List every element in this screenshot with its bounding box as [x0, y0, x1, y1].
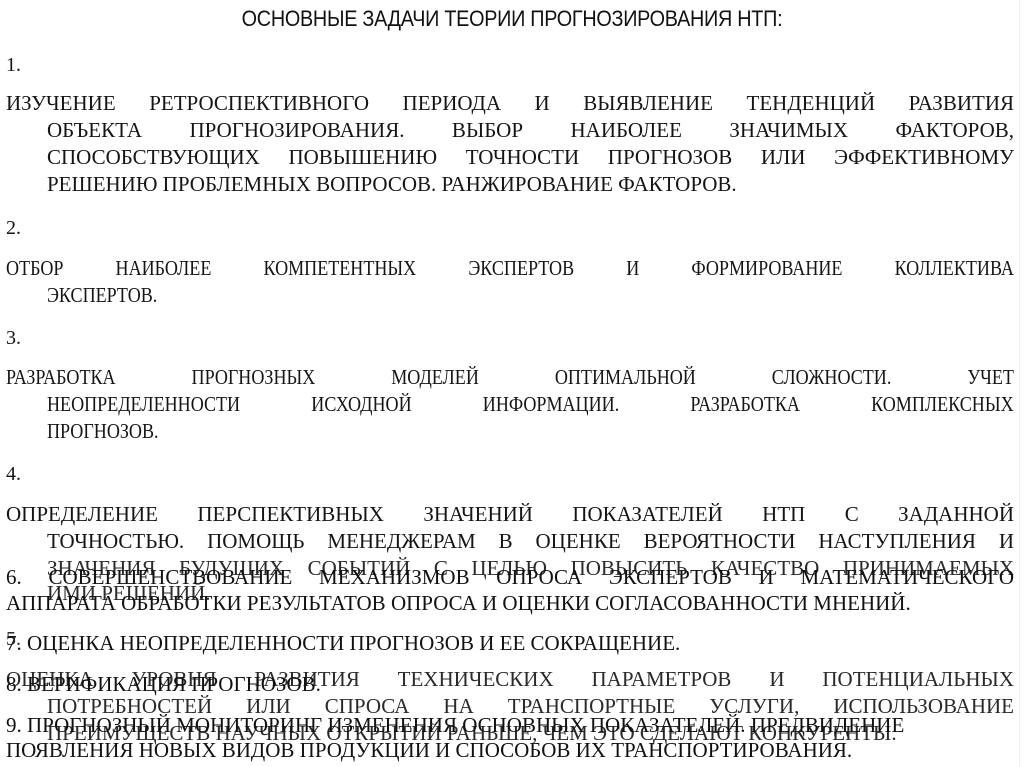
item-3-line-3: ПРОГНОЗОВ. [47, 419, 1014, 443]
item-6-line-2: АППАРАТА ОБРАБОТКИ РЕЗУЛЬТАТОВ ОПРОСА И … [6, 591, 1014, 615]
item-1-line-1: ИЗУЧЕНИЕ РЕТРОСПЕКТИВНОГО ПЕРИОДА И ВЫЯВ… [6, 91, 1014, 115]
item-1-line-3: СПОСОБСТВУЮЩИХ ПОВЫШЕНИЮ ТОЧНОСТИ ПРОГНО… [47, 145, 1014, 169]
item-3-line-1: РАЗРАБОТКА ПРОГНОЗНЫХ МОДЕЛЕЙ ОПТИМАЛЬНО… [6, 365, 1014, 389]
item-4-number: 4. [6, 462, 1014, 486]
item-1-line-2: ОБЪЕКТА ПРОГНОЗИРОВАНИЯ. ВЫБОР НАИБОЛЕЕ … [47, 118, 1014, 142]
item-1-number: 1. [6, 53, 1014, 77]
item-2-number: 2. [6, 216, 1014, 240]
item-8: 8. ВЕРИФИКАЦИЯ ПРОГНОЗОВ. [6, 672, 1014, 696]
item-1-line-4: РЕШЕНИЮ ПРОБЛЕМНЫХ ВОПРОСОВ. РАНЖИРОВАНИ… [47, 172, 1014, 196]
item-3-number: 3. [6, 326, 1014, 350]
item-9-line-2: ПОЯВЛЕНИЯ НОВЫХ ВИДОВ ПРОДУКЦИИ И СПОСОБ… [6, 738, 1014, 762]
item-4-line-2: ТОЧНОСТЬЮ. ПОМОЩЬ МЕНЕДЖЕРАМ В ОЦЕНКЕ ВЕ… [47, 529, 1014, 553]
item-3-line-2: НЕОПРЕДЕЛЕННОСТИ ИСХОДНОЙ ИНФОРМАЦИИ. РА… [47, 392, 1014, 416]
item-2-line-1: ОТБОР НАИБОЛЕЕ КОМПЕТЕНТНЫХ ЭКСПЕРТОВ И … [6, 256, 1014, 280]
item-6-line-1: 6. СОВЕРШЕНСТВОВАНИЕ МЕХАНИЗМОВ ОПРОСА Э… [6, 565, 1014, 589]
item-2-line-2: ЭКСПЕРТОВ. [47, 283, 1014, 307]
item-7: 7. ОЦЕНКА НЕОПРЕДЕЛЕННОСТИ ПРОГНОЗОВ И Е… [6, 631, 1014, 655]
item-9-line-1: 9. ПРОГНОЗНЫЙ МОНИТОРИНГ ИЗМЕНЕНИЯ ОСНОВ… [6, 713, 1014, 737]
slide-edge [1019, 0, 1020, 767]
item-4-line-1: ОПРЕДЕЛЕНИЕ ПЕРСПЕКТИВНЫХ ЗНАЧЕНИЙ ПОКАЗ… [6, 502, 1014, 526]
slide-title: ОСНОВНЫЕ ЗАДАЧИ ТЕОРИИ ПРОГНОЗИРОВАНИЯ Н… [51, 6, 973, 32]
